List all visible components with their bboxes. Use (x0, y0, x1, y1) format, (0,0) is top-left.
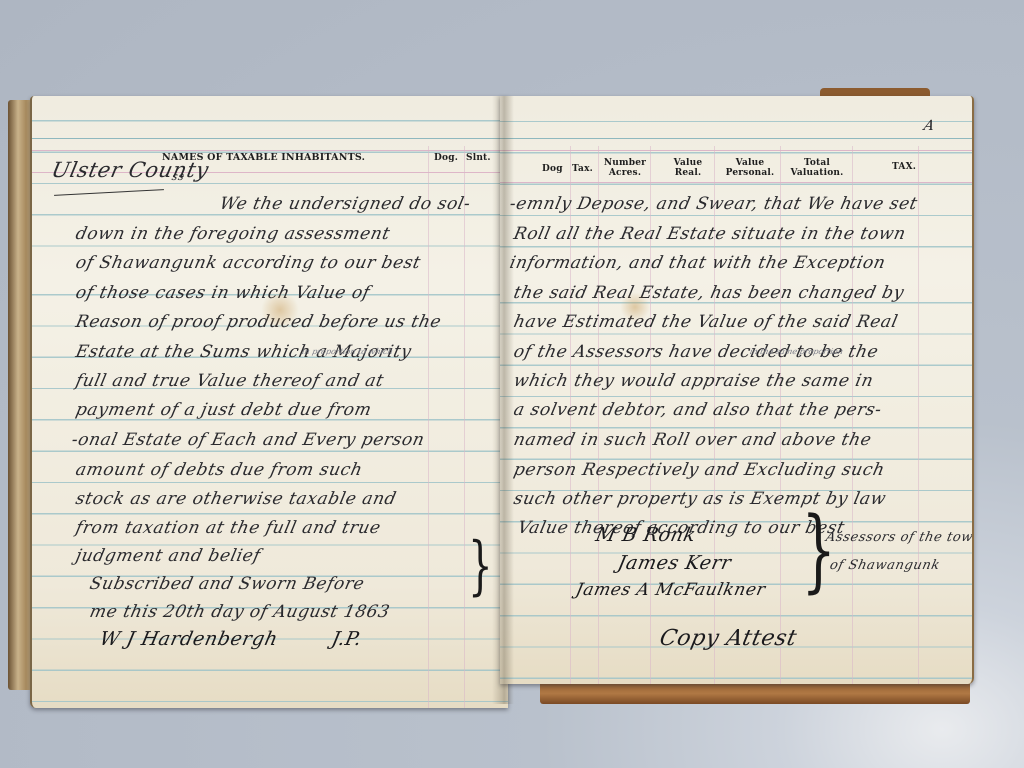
left-text-line: of Shawangunk according to our best (74, 253, 423, 273)
assessor-signature: M B Ronk (594, 524, 698, 546)
brace: } (801, 506, 835, 596)
right-text-line: which they would appraise the same in (512, 371, 875, 391)
left-text-line: Reason of proof produced before us the (74, 312, 443, 332)
interlinear-note: in proportion to which (301, 347, 394, 356)
left-text-line: stock as are otherwise taxable and (74, 489, 398, 509)
left-text-line: amount of debts due from such (74, 460, 365, 480)
left-text-line: of those cases in which Value of (74, 283, 372, 303)
left-text-line: We the undersigned do sol- (218, 194, 473, 214)
right-text-line: the said Real Estate, has been changed b… (512, 283, 906, 303)
jurat-line: me this 20th day of August 1863 (88, 602, 392, 622)
column-divider (918, 146, 919, 684)
jurat-line: Subscribed and Sworn Before (88, 574, 367, 594)
copy-attest: Copy Attest (657, 626, 799, 651)
right-text-line: Roll all the Real Estate situate in the … (512, 224, 908, 244)
official-signature: W J Hardenbergh (98, 628, 280, 650)
top-rule (32, 138, 508, 139)
header-tax: Tax. (572, 164, 593, 174)
right-text-line: have Estimated the Value of the said Rea… (512, 312, 900, 332)
assessor-signature: James Kerr (616, 552, 734, 574)
right-text-line: person Respectively and Excluding such (512, 460, 887, 480)
right-text-line: a solvent debtor, and also that the pers… (512, 400, 884, 420)
assessor-note: Assessors of the town (824, 530, 974, 545)
column-divider (428, 146, 429, 708)
paper-stain (260, 292, 300, 328)
right-text-line: named in such Roll over and above the (512, 430, 874, 450)
header-total-valuation: Total Valuation. (786, 158, 848, 178)
header-dog: Dog. (434, 153, 458, 163)
right-text-line: information, and that with the Exception (508, 253, 888, 273)
header-dog: Dog (542, 164, 563, 174)
paper-stain (620, 292, 650, 322)
left-text-line: from taxation at the full and true (74, 518, 383, 538)
header-value-real: Value Real. (666, 158, 710, 178)
interlinear-note: in the same proportion (749, 347, 844, 356)
county-heading: Ulster County (49, 158, 211, 182)
left-text-line: judgment and belief (74, 546, 263, 566)
left-text-line: payment of a just debt due from (74, 400, 374, 420)
left-text-line: down in the foregoing assessment (74, 224, 392, 244)
left-page: NAMES OF TAXABLE INHABITANTS. Dog. Slnt.… (30, 96, 508, 708)
assessor-note: of Shawangunk (828, 558, 941, 573)
brace: } (468, 534, 492, 598)
left-text-line: full and true Value thereof and at (74, 371, 386, 391)
header-tax-total: TAX. (892, 162, 916, 172)
assessor-signature: James A McFaulkner (574, 580, 768, 600)
left-text-line: -onal Estate of Each and Every person (70, 430, 427, 450)
right-text-line: -emnly Depose, and Swear, that We have s… (508, 194, 919, 214)
header-value-personal: Value Personal. (722, 158, 778, 178)
right-page: A Dog Tax. Number Acres. Value Real. Val… (500, 96, 974, 684)
header-number-acres: Number Acres. (602, 158, 648, 178)
header-rule (32, 150, 508, 151)
column-divider (464, 146, 465, 708)
top-rule (500, 138, 972, 139)
official-title: J.P. (330, 628, 364, 650)
header-slnt: Slnt. (466, 153, 491, 163)
